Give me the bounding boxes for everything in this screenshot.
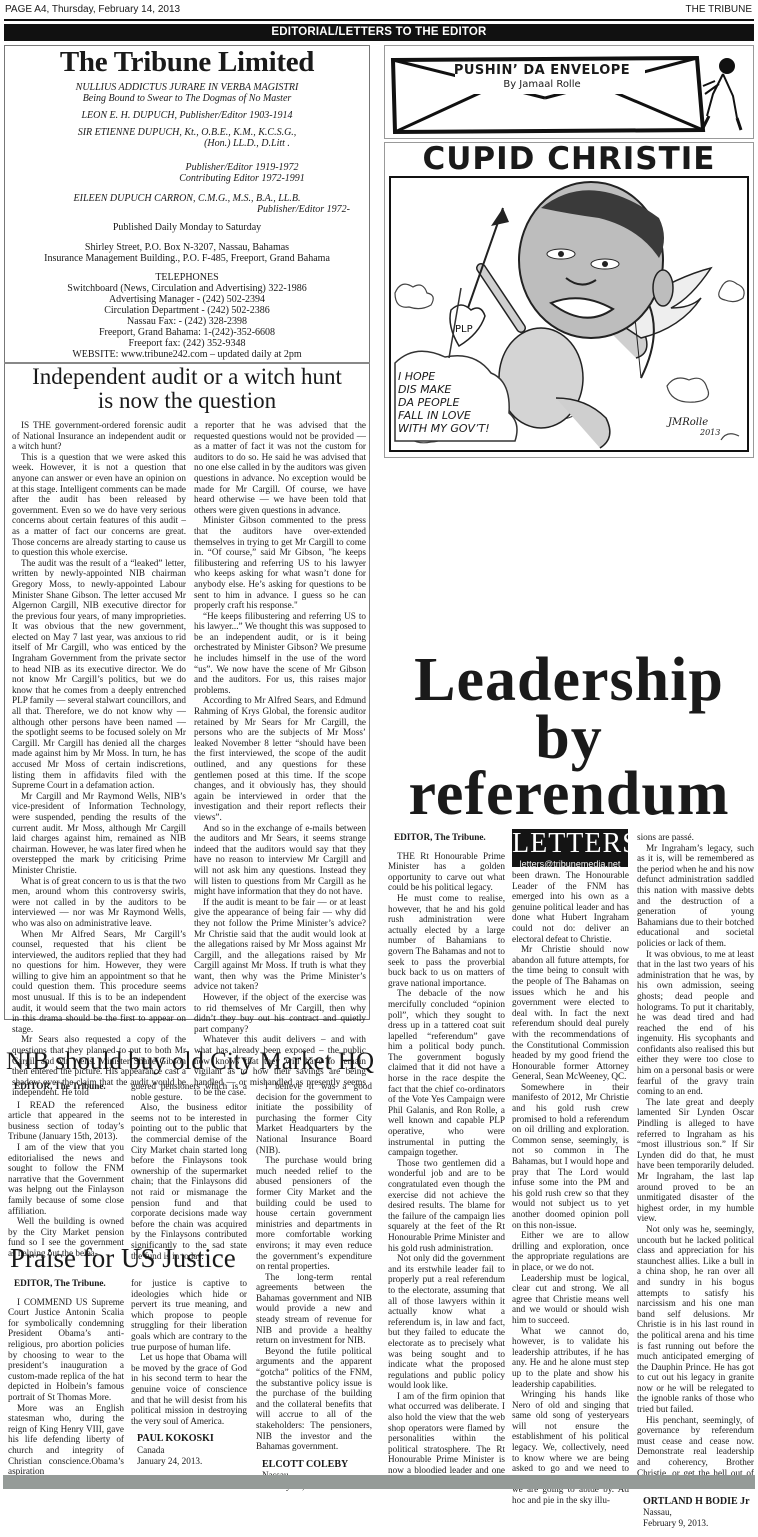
letter-paragraph: I READ the referenced article that appea…	[8, 1100, 124, 1142]
editorial-paragraph: Mr Cargill and Mr Raymond Wells, NIB’s v…	[12, 791, 186, 876]
editorial-headline-1: Independent audit or a witch hunt	[0, 364, 374, 389]
speech-line: I HOPE	[398, 370, 490, 383]
header-rule	[4, 19, 754, 21]
letter-paragraph: Beyond the futile political arguments an…	[256, 1346, 372, 1452]
cartoon-title: CUPID CHRISTIE	[384, 141, 754, 177]
leadership-column-3: sions are passé. Mr Ingraham’s legacy, s…	[637, 832, 754, 1529]
letter-byline: EDITOR, The Tribune.	[8, 1081, 124, 1092]
editorial-paragraph: If the audit is meant to be fair — or at…	[194, 897, 366, 992]
letter-paragraph: Not only was he, seemingly, uncouth but …	[637, 1224, 754, 1415]
strip-title: PUSHIN’ DA ENVELOPE	[384, 63, 700, 78]
cartoon-signature-year: 2013	[700, 428, 720, 437]
letter-paragraph: More was an English statesman who, durin…	[8, 1403, 124, 1477]
editorial-paragraph: Minister Gibson commented to the press t…	[194, 515, 366, 610]
letter-signature-name: ORTLAND H BODIE Jr	[637, 1497, 754, 1508]
etienne-line-4: Contributing Editor 1972-1991	[55, 173, 429, 184]
letter-signature-place: Nassau,	[637, 1507, 754, 1518]
tel-freeport: Freeport, Grand Bahama: 1-(242)-352-6608	[0, 327, 374, 338]
letter-paragraph: Mr Ingraham’s legacy, such as it is, wil…	[637, 843, 754, 949]
letter-byline: EDITOR, The Tribune.	[8, 1278, 124, 1289]
leadership-headline-2: by	[380, 710, 758, 766]
tel-nassau-fax: Nassau Fax: - (242) 328-2398	[0, 316, 374, 327]
leadership-headline-1: Leadership	[380, 652, 758, 708]
address-freeport: Insurance Management Building., P.O. F-4…	[0, 253, 374, 264]
etienne-line-1: SIR ETIENNE DUPUCH, Kt., O.B.E., K.M., K…	[0, 127, 374, 138]
letter-signature-date: February 9, 2013.	[637, 1518, 754, 1529]
letter-paragraph: Leadership must be logical, clear cut an…	[512, 1273, 629, 1326]
editorial-paragraph: IS THE government-ordered forensic audit…	[12, 420, 186, 452]
editorial-paragraph: When Mr Alfred Sears, Mr Cargill’s couns…	[12, 929, 186, 1035]
letter-paragraph: Either we are to allow drilling and expl…	[512, 1230, 629, 1272]
justice-letter-headline: Praise for US Justice	[10, 1244, 236, 1272]
speech-line: FALL IN LOVE	[398, 409, 490, 422]
editorial-paragraph: This is a question that we were asked th…	[12, 452, 186, 558]
motto-latin: NULLIUS ADDICTUS JURARE IN VERBA MAGISTR…	[0, 82, 374, 93]
strip-header-box	[384, 45, 754, 139]
letter-paragraph: I am of the view that you editorialised …	[8, 1142, 124, 1216]
letter-paragraph: I believe it was a good decision for the…	[256, 1081, 372, 1155]
letter-signature-place: Canada	[131, 1445, 247, 1456]
editorial-paragraph: According to Mr Alfred Sears, and Edmund…	[194, 695, 366, 822]
letter-paragraph: Also, the business editor seems not to b…	[131, 1102, 247, 1261]
speech-line: WITH MY GOV’T!	[398, 422, 490, 435]
nib-letter-column-2: guered pensioners which is a noble gestu…	[131, 1081, 247, 1261]
letter-byline: EDITOR, The Tribune.	[388, 832, 505, 843]
editorial-paragraph: However, if the object of the exercise w…	[194, 992, 366, 1034]
tel-freeport-fax: Freeport fax: (242) 352-9348	[0, 338, 374, 349]
editorial-column-1: IS THE government-ordered forensic audit…	[12, 420, 186, 1098]
nib-letter-column-3: I believe it was a good decision for the…	[256, 1081, 372, 1492]
pushing-man-icon	[703, 59, 741, 130]
letter-paragraph: sions are passé.	[637, 832, 754, 843]
section-banner: EDITORIAL/LETTERS TO THE EDITOR	[4, 24, 754, 41]
motto-english: Being Bound to Swear to The Dogmas of No…	[0, 93, 374, 104]
letter-paragraph: THE Rt Honourable Prime Minister has a g…	[388, 851, 505, 893]
heart-label: PLP	[455, 324, 473, 335]
founder-line: LEON E. H. DUPUCH, Publisher/Editor 1903…	[0, 110, 374, 121]
letter-paragraph: The long-term rental agreements between …	[256, 1272, 372, 1346]
eileen-line-2: Publisher/Editor 1972-	[0, 204, 350, 215]
letter-paragraph: I am of the firm opinion that what occur…	[388, 1391, 505, 1486]
nib-letter-headline: NIB should buy old City Market HQ	[6, 1048, 374, 1076]
letter-paragraph: for justice is captive to ideologies whi…	[131, 1278, 247, 1352]
envelope-illustration	[385, 46, 753, 138]
letter-paragraph: I COMMEND US Supreme Court Justice Anton…	[8, 1297, 124, 1403]
editorial-headline-2: is now the question	[0, 388, 374, 413]
tel-advertising: Advertising Manager - (242) 502-2394	[0, 294, 374, 305]
etienne-line-2: (Hon.) LL.D., D.Litt .	[60, 138, 434, 149]
letter-paragraph: Not only did the government and its erst…	[388, 1253, 505, 1391]
letters-badge-title: LETTERS	[512, 829, 628, 859]
editorial-paragraph: What is of great concern to us is that t…	[12, 876, 186, 929]
cartoon-speech: I HOPE DIS MAKE DA PEOPLE FALL IN LOVE W…	[398, 370, 490, 435]
letter-paragraph: Mr Christie should now abandon all futur…	[512, 944, 629, 1082]
cartoon-signature: JMRolle	[668, 417, 708, 428]
letter-paragraph: The purchase would bring much needed rel…	[256, 1155, 372, 1272]
leadership-column-1: EDITOR, The Tribune. THE Rt Honourable P…	[388, 832, 505, 1486]
strip-byline: By Jamaal Rolle	[384, 79, 700, 90]
letter-paragraph: The late great and deeply lamented Sir L…	[637, 1097, 754, 1224]
eileen-line-1: EILEEN DUPUCH CARRON, C.M.G., M.S., B.A.…	[0, 193, 374, 204]
footer-bar-right	[379, 1475, 755, 1489]
tel-circulation: Circulation Department - (242) 502-2386	[0, 305, 374, 316]
letter-paragraph: guered pensioners which is a noble gestu…	[131, 1081, 247, 1102]
letters-badge: LETTERS letters@tribunemedia.net	[512, 829, 628, 867]
justice-letter-column-1: EDITOR, The Tribune. I COMMEND US Suprem…	[8, 1278, 124, 1477]
leadership-headline-3: referendum	[380, 766, 758, 822]
letters-email-link[interactable]: letters@tribunemedia.net	[512, 859, 628, 869]
tel-switchboard: Switchboard (News, Circulation and Adver…	[0, 283, 374, 294]
letter-paragraph: Let us hope that Obama will be moved by …	[131, 1352, 247, 1426]
speech-line: DA PEOPLE	[398, 396, 490, 409]
editorial-paragraph: The audit was the result of a “leaked” l…	[12, 558, 186, 791]
editorial-paragraph: a reporter that he was advised that the …	[194, 420, 366, 515]
speech-line: DIS MAKE	[398, 383, 490, 396]
justice-letter-column-2: for justice is captive to ideologies whi…	[131, 1278, 247, 1466]
letter-paragraph: Somewhere in their manifesto of 2012, Mr…	[512, 1082, 629, 1230]
publication-schedule: Published Daily Monday to Saturday	[0, 222, 374, 233]
letter-signature-date: January 24, 2013.	[131, 1456, 247, 1467]
page-folio: PAGE A4, Thursday, February 14, 2013	[5, 4, 180, 15]
letter-paragraph: It was obvious, to me at least that in t…	[637, 949, 754, 1097]
address-nassau: Shirley Street, P.O. Box N-3207, Nassau,…	[0, 242, 374, 253]
letter-paragraph: What we cannot do, however, is to valida…	[512, 1326, 629, 1390]
masthead-title: The Tribune Limited	[0, 46, 374, 79]
letter-paragraph: Those two gentlemen did a wonderful job …	[388, 1158, 505, 1253]
etienne-line-3: Publisher/Editor 1919-1972	[55, 162, 429, 173]
footer-bar-left	[3, 1475, 379, 1489]
telephones-heading: TELEPHONES	[0, 272, 374, 283]
nib-letter-column-1: EDITOR, The Tribune. I READ the referenc…	[8, 1081, 124, 1259]
letter-signature-name: ELCOTT COLEBY	[256, 1460, 372, 1471]
letter-paragraph: He must come to realise, however, that h…	[388, 893, 505, 988]
letter-signature-name: PAUL KOKOSKI	[131, 1434, 247, 1445]
leadership-column-2: been drawn. The Honourable Leader of the…	[512, 870, 629, 1506]
editorial-column-2: a reporter that he was advised that the …	[194, 420, 366, 1098]
letter-paragraph: been drawn. The Honourable Leader of the…	[512, 870, 629, 944]
editorial-paragraph: “He keeps filibustering and referring US…	[194, 611, 366, 696]
editorial-paragraph: And so in the exchange of e-mails betwee…	[194, 823, 366, 897]
paper-name: THE TRIBUNE	[686, 4, 753, 15]
website-line: WEBSITE: www.tribune242.com – updated da…	[0, 349, 374, 360]
letter-paragraph: The debacle of the now mercifully conclu…	[388, 988, 505, 1158]
